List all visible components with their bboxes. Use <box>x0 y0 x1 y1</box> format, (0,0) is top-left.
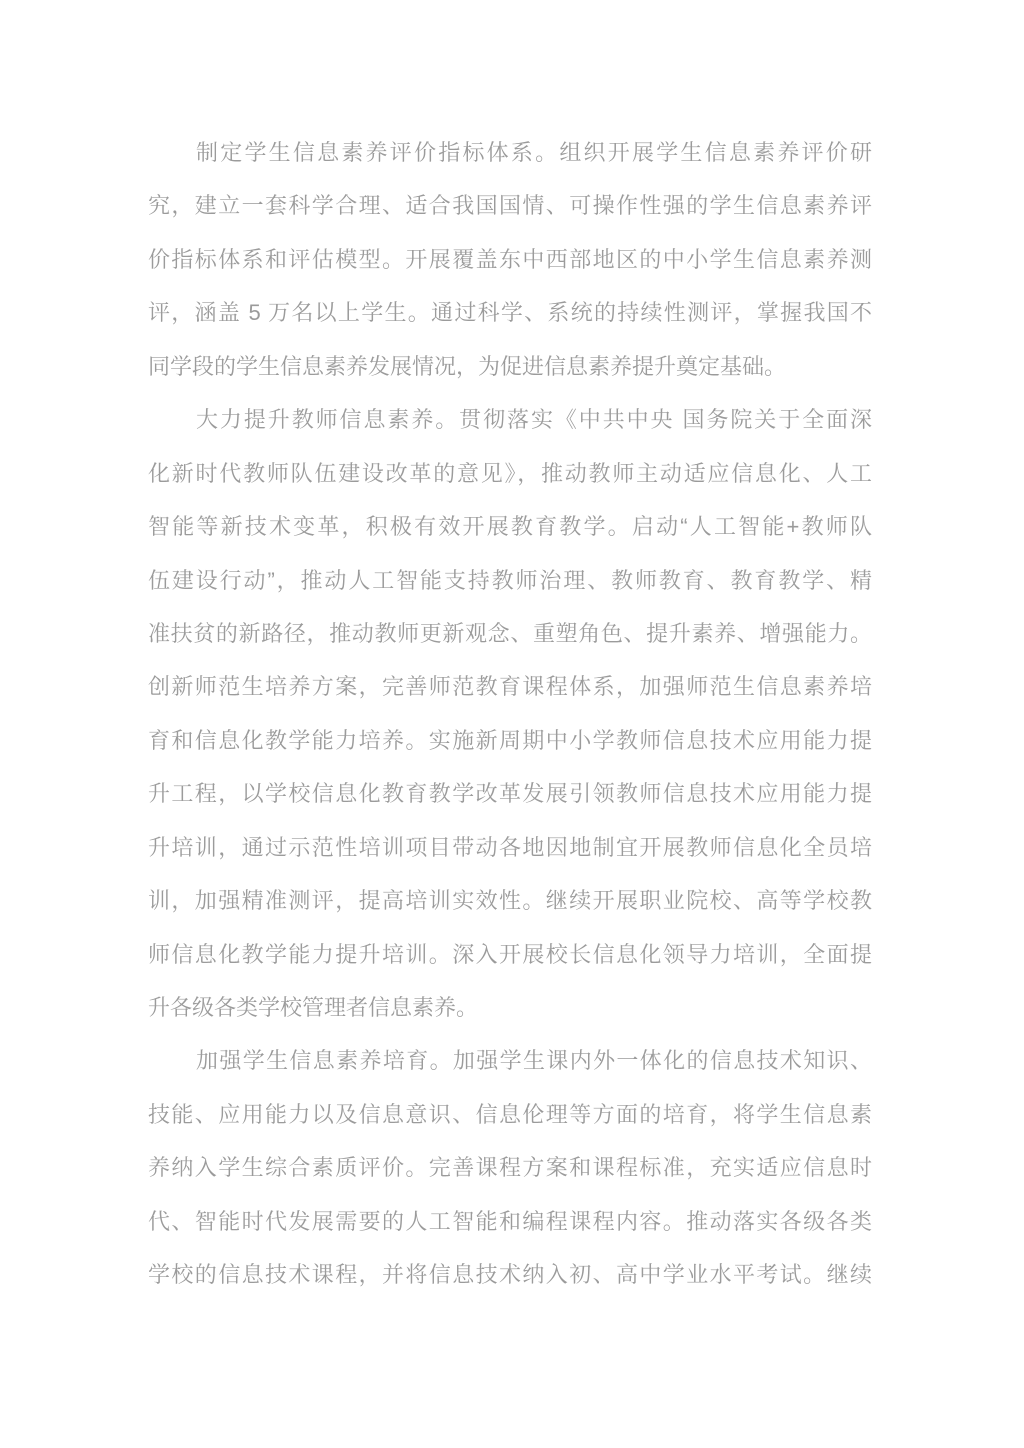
text-line: 准扶贫的新路径，推动教师更新观念、重塑角色、提升素养、增强能力。 <box>148 607 872 660</box>
text-line: 技能、应用能力以及信息意识、信息伦理等方面的培育，将学生信息素 <box>148 1088 872 1141</box>
paragraph: 大力提升教师信息素养。贯彻落实《中共中央 国务院关于全面深化新时代教师队伍建设改… <box>148 393 872 1034</box>
text-line: 代、智能时代发展需要的人工智能和编程课程内容。推动落实各级各类 <box>148 1195 872 1248</box>
text-line: 学校的信息技术课程，并将信息技术纳入初、高中学业水平考试。继续 <box>148 1248 872 1301</box>
text-line: 大力提升教师信息素养。贯彻落实《中共中央 国务院关于全面深 <box>148 393 872 446</box>
text-line: 评，涵盖 5 万名以上学生。通过科学、系统的持续性测评，掌握我国不 <box>148 286 872 339</box>
text-line: 升培训，通过示范性培训项目带动各地因地制宜开展教师信息化全员培 <box>148 821 872 874</box>
text-line: 伍建设行动”，推动人工智能支持教师治理、教师教育、教育教学、精 <box>148 554 872 607</box>
text-line: 养纳入学生综合素质评价。完善课程方案和课程标准，充实适应信息时 <box>148 1141 872 1194</box>
text-line: 智能等新技术变革，积极有效开展教育教学。启动“人工智能+教师队 <box>148 500 872 553</box>
text-line: 升工程，以学校信息化教育教学改革发展引领教师信息技术应用能力提 <box>148 767 872 820</box>
text-line: 加强学生信息素养培育。加强学生课内外一体化的信息技术知识、 <box>148 1034 872 1087</box>
text-line: 训，加强精准测评，提高培训实效性。继续开展职业院校、高等学校教 <box>148 874 872 927</box>
text-line: 化新时代教师队伍建设改革的意见》，推动教师主动适应信息化、人工 <box>148 447 872 500</box>
text-line: 升各级各类学校管理者信息素养。 <box>148 981 872 1034</box>
text-line: 育和信息化教学能力培养。实施新周期中小学教师信息技术应用能力提 <box>148 714 872 767</box>
paragraph: 加强学生信息素养培育。加强学生课内外一体化的信息技术知识、技能、应用能力以及信息… <box>148 1034 872 1301</box>
text-line: 究，建立一套科学合理、适合我国国情、可操作性强的学生信息素养评 <box>148 179 872 232</box>
document-body: 制定学生信息素养评价指标体系。组织开展学生信息素养评价研究，建立一套科学合理、适… <box>148 126 872 1302</box>
document-page: 制定学生信息素养评价指标体系。组织开展学生信息素养评价研究，建立一套科学合理、适… <box>0 0 1024 1448</box>
paragraph: 制定学生信息素养评价指标体系。组织开展学生信息素养评价研究，建立一套科学合理、适… <box>148 126 872 393</box>
text-line: 师信息化教学能力提升培训。深入开展校长信息化领导力培训，全面提 <box>148 928 872 981</box>
text-line: 价指标体系和评估模型。开展覆盖东中西部地区的中小学生信息素养测 <box>148 233 872 286</box>
text-line: 同学段的学生信息素养发展情况，为促进信息素养提升奠定基础。 <box>148 340 872 393</box>
text-line: 制定学生信息素养评价指标体系。组织开展学生信息素养评价研 <box>148 126 872 179</box>
text-line: 创新师范生培养方案，完善师范教育课程体系，加强师范生信息素养培 <box>148 660 872 713</box>
